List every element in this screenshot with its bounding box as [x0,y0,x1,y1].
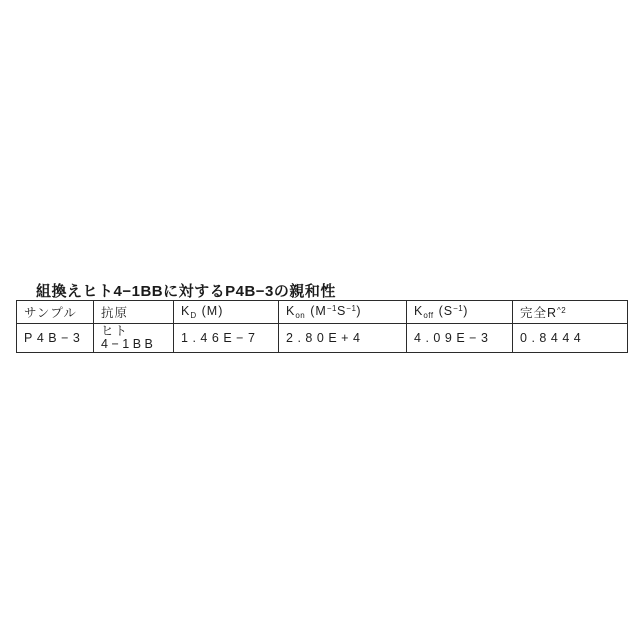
col-header-kon: Kon(M−1S−1) [279,301,407,324]
kon-subscript: on [295,311,305,320]
table-title: 組換えヒト4−1BBに対するP4B−3の親和性 [36,280,336,301]
kd-unit: (M) [202,304,224,318]
kon-symbol: K [286,304,295,318]
header-row: サンプル 抗原 KD(M) Kon(M−1S−1) Koff(S−1) 完全R^… [17,301,628,324]
koff-unit-open: (S [439,304,454,318]
col-header-r2: 完全R^2 [513,301,628,324]
antigen-line-2: 4−1BB [101,338,171,351]
koff-unit-close: ) [463,304,468,318]
kon-unit-open: (M [310,304,327,318]
koff-superscript: −1 [453,304,463,313]
cell-kon-value: 2.80E+4 [279,324,407,353]
cell-sample: P4B−3 [17,324,94,353]
r2-label: 完全R [520,306,557,320]
koff-symbol: K [414,304,423,318]
col-header-sample: サンプル [17,301,94,324]
kon-unit-s: S [337,304,346,318]
cell-koff-value: 4.09E−3 [407,324,513,353]
table-row: P4B−3 ヒト 4−1BB 1.46E−7 2.80E+4 4.09E−3 0… [17,324,628,353]
affinity-table: サンプル 抗原 KD(M) Kon(M−1S−1) Koff(S−1) 完全R^… [16,300,628,353]
col-header-kd: KD(M) [174,301,279,324]
r2-superscript: ^2 [557,306,566,315]
col-header-antigen: 抗原 [94,301,174,324]
cell-antigen: ヒト 4−1BB [94,324,174,353]
kd-subscript: D [190,311,196,320]
kon-unit-close: ) [356,304,361,318]
kon-superscript-1: −1 [327,304,337,313]
col-header-koff: Koff(S−1) [407,301,513,324]
kd-symbol: K [181,304,190,318]
cell-kd-value: 1.46E−7 [174,324,279,353]
koff-subscript: off [423,311,433,320]
cell-r2-value: 0.8444 [513,324,628,353]
kon-superscript-2: −1 [346,304,356,313]
